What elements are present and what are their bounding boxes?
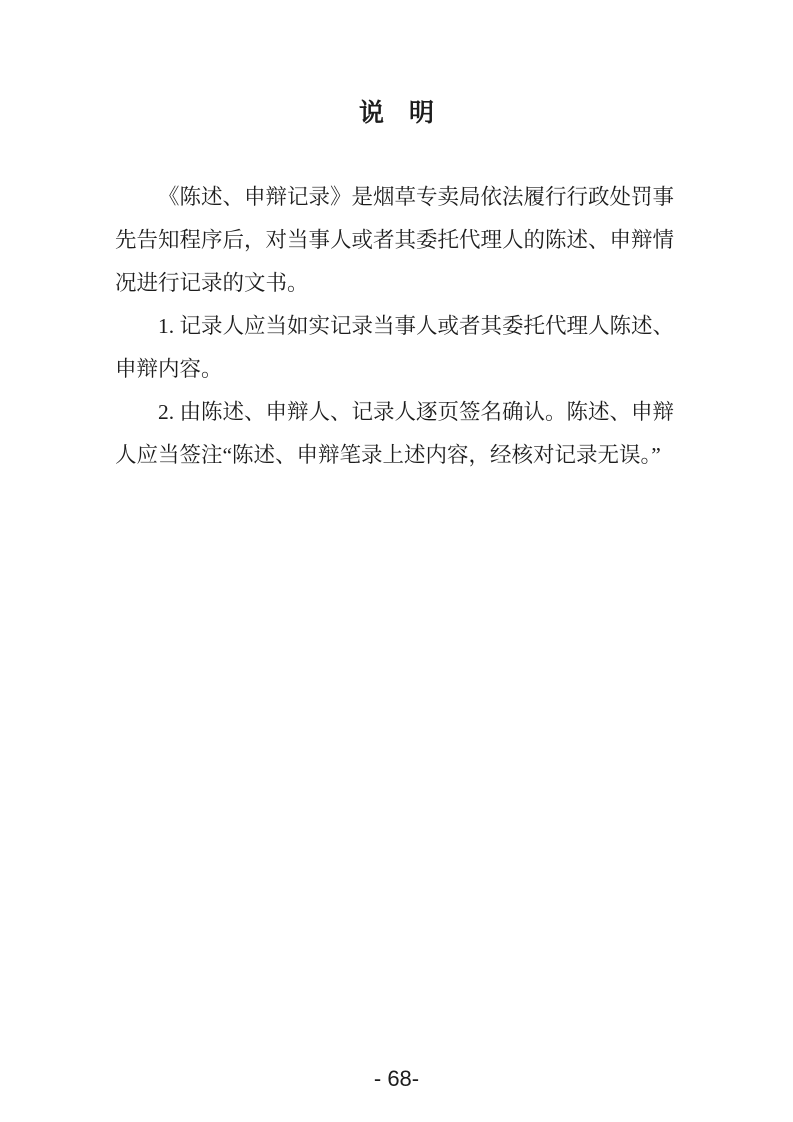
text-line: 2. 由陈述、申辩人、记录人逐页签名确认。陈述、申辩 bbox=[115, 391, 677, 434]
document-page: 说 明 《陈述、申辩记录》是烟草专卖局依法履行行政处罚事先告知程序后，对当事人或… bbox=[0, 0, 793, 1122]
text-line: 人应当签注“陈述、申辩笔录上述内容，经核对记录无误。” bbox=[115, 434, 677, 477]
text-line: 1. 记录人应当如实记录当事人或者其委托代理人陈述、 bbox=[115, 305, 677, 348]
text-line: 申辩内容。 bbox=[115, 348, 677, 391]
text-line: 《陈述、申辩记录》是烟草专卖局依法履行行政处罚事 bbox=[115, 176, 677, 219]
page-number: - 68- bbox=[0, 1067, 793, 1091]
text-line: 况进行记录的文书。 bbox=[115, 262, 677, 305]
page-title: 说 明 bbox=[0, 97, 793, 129]
document-body: 《陈述、申辩记录》是烟草专卖局依法履行行政处罚事先告知程序后，对当事人或者其委托… bbox=[115, 176, 677, 477]
text-line: 先告知程序后，对当事人或者其委托代理人的陈述、申辩情 bbox=[115, 219, 677, 262]
